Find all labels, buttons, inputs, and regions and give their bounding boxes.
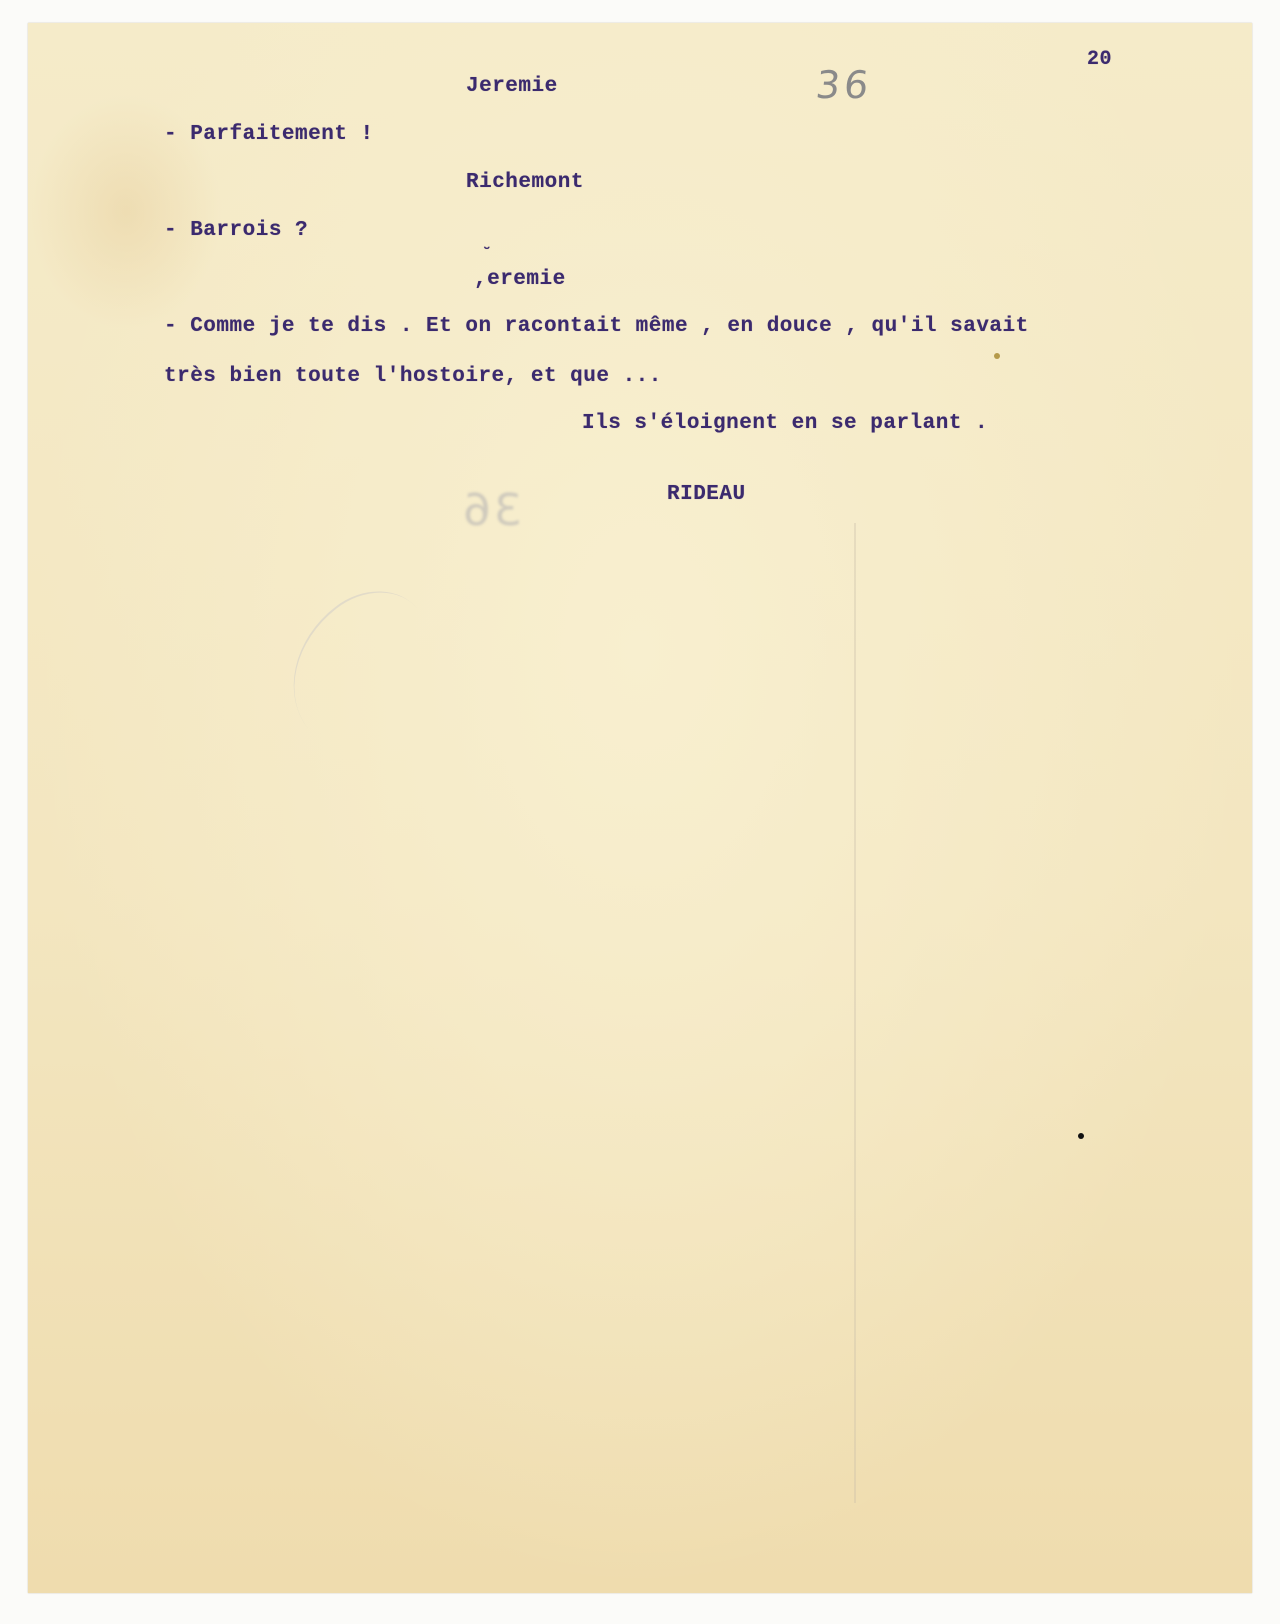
speaker-name-jeremie-corrected: ,eremie (474, 268, 566, 291)
dialogue-line: - Barrois ? (164, 219, 308, 242)
speaker-name-jeremie: Jeremie (466, 75, 558, 98)
pencil-mark (259, 568, 466, 771)
curtain-direction: RIDEAU (667, 483, 746, 506)
stage-direction: Ils s'éloignent en se parlant . (582, 412, 988, 435)
dialogue-line: - Comme je te dis . Et on racontait même… (164, 315, 1029, 338)
dialogue-line: très bien toute l'hostoire, et que ... (164, 365, 662, 388)
stain-dot (994, 353, 1000, 359)
ink-speck (1078, 1133, 1084, 1139)
speaker-name-richemont: Richemont (466, 171, 584, 194)
ghost-folio-number: 36 (460, 485, 522, 536)
typewritten-page: 20 36 36 Jeremie - Parfaitement ! Richem… (28, 23, 1252, 1593)
pencil-folio-number: 36 (814, 63, 875, 107)
correction-mark: ˘ (482, 245, 492, 263)
page-number: 20 (1087, 48, 1112, 71)
dialogue-line: - Parfaitement ! (164, 123, 374, 146)
